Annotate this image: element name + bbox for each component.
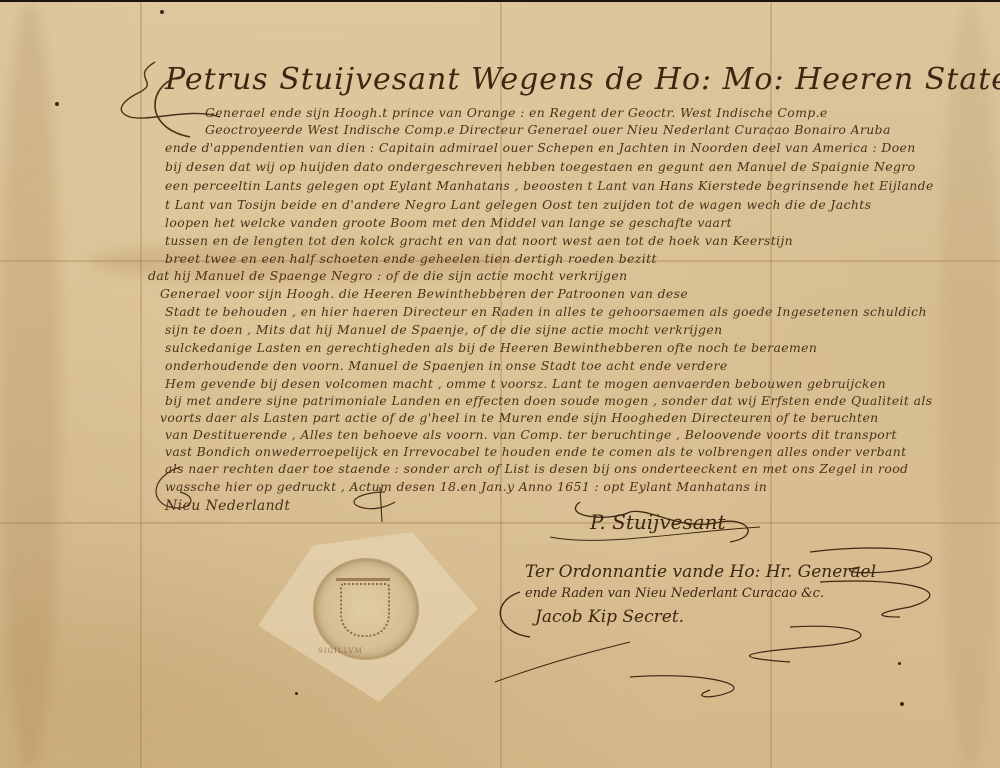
speck xyxy=(898,662,901,665)
manuscript-line: als naer rechten daer toe staende : sond… xyxy=(165,461,908,476)
manuscript-line: onderhoudende den voorn. Manuel de Spaen… xyxy=(165,358,728,373)
fold-crease xyxy=(0,522,1000,524)
manuscript-line: Hem gevende bij desen volcomen macht , o… xyxy=(165,376,886,391)
manuscript-line: t Lant van Tosijn beide en d'andere Negr… xyxy=(165,197,871,212)
manuscript-line: vast Bondich onwederroepelijck en Irrevo… xyxy=(165,444,906,459)
attestation-line: Ter Ordonnantie vande Ho: Hr. Generael xyxy=(525,562,876,582)
manuscript-line: breet twee en een half schoeten ende geh… xyxy=(165,251,657,266)
manuscript-line: voorts daer als Lasten part actie of de … xyxy=(160,410,879,425)
seal-shield-icon xyxy=(340,583,390,637)
manuscript-line: wassche hier op gedruckt , Actum desen 1… xyxy=(165,479,767,494)
speck xyxy=(160,10,164,14)
manuscript-line: dat hij Manuel de Spaenge Negro : of de … xyxy=(148,268,627,283)
manuscript-line: loopen het welcke vanden groote Boom met… xyxy=(165,215,732,230)
manuscript-line: Geoctroyeerde West Indische Comp.e Direc… xyxy=(205,122,891,137)
seal-legend: SIGILLVM xyxy=(318,647,363,655)
manuscript-line: Generael voor sijn Hoogh. die Heeren Bew… xyxy=(160,286,688,301)
seal-crown-icon xyxy=(336,568,390,581)
manuscript-page: Petrus Stuijvesant Wegens de Ho: Mo: Hee… xyxy=(0,2,1000,768)
governor-signature: P. Stuijvesant xyxy=(590,510,726,534)
secretary-signature: Jacob Kip Secret. xyxy=(535,607,684,627)
manuscript-line: bij desen dat wij op huijden dato onderg… xyxy=(165,159,915,174)
manuscript-line: Nieu Nederlandt xyxy=(165,498,290,514)
document-heading: Petrus Stuijvesant Wegens de Ho: Mo: Hee… xyxy=(165,62,1000,97)
manuscript-line: sijn te doen , Mits dat hij Manuel de Sp… xyxy=(165,322,722,337)
speck xyxy=(295,692,298,695)
manuscript-line: tussen en de lengten tot den kolck grach… xyxy=(165,233,793,248)
manuscript-line: Stadt te behouden , en hier haeren Direc… xyxy=(165,304,927,319)
edge-discoloration xyxy=(940,2,1000,768)
manuscript-line: sulckedanige Lasten en gerechtigheden al… xyxy=(165,340,817,355)
manuscript-line: van Destituerende , Alles ten behoeve al… xyxy=(165,427,897,442)
manuscript-line: Generael ende sijn Hoogh.t prince van Or… xyxy=(205,105,828,120)
fold-crease xyxy=(140,2,142,768)
attestation-line: ende Raden van Nieu Nederlant Curacao &c… xyxy=(525,586,824,601)
manuscript-line: ende d'appendentien van dien : Capitain … xyxy=(165,140,916,155)
manuscript-line: een perceeltin Lants gelegen opt Eylant … xyxy=(165,178,934,193)
speck xyxy=(55,102,59,106)
speck xyxy=(900,702,904,706)
edge-discoloration xyxy=(0,2,60,768)
manuscript-line: bij met andere sijne patrimoniale Landen… xyxy=(165,393,933,408)
